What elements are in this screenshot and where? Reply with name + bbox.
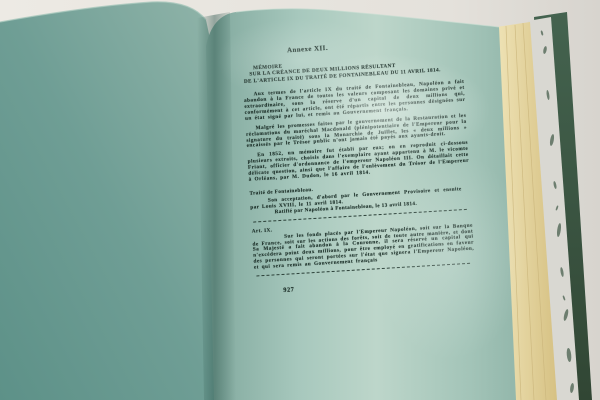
book-photo: Annexe XII. MÉMOIRE SUR LA CRÉANCE DE DE… xyxy=(0,0,600,400)
right-page-text: Annexe XII. MÉMOIRE SUR LA CRÉANCE DE DE… xyxy=(241,36,483,295)
left-page xyxy=(0,2,216,400)
